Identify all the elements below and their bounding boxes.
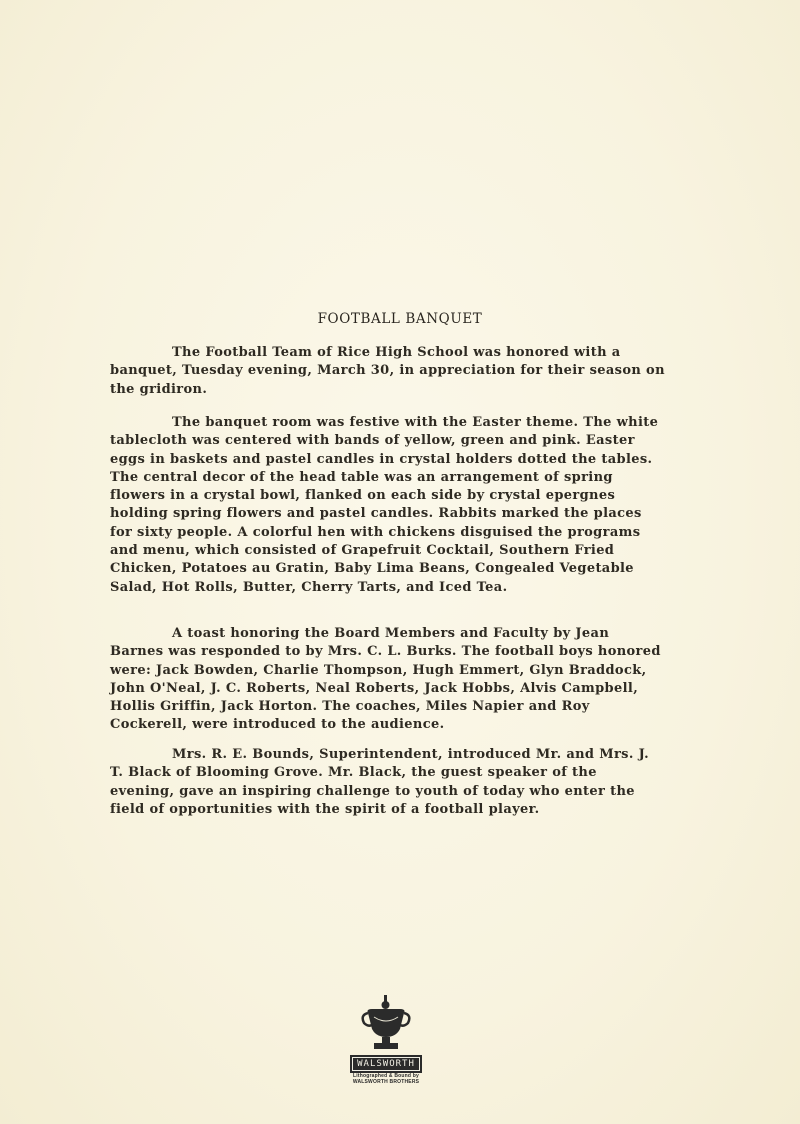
paragraph-text: A toast honoring the Board Members and F… <box>110 625 666 735</box>
document-page: FOOTBALL BANQUET The Football Team of Ri… <box>0 0 800 1124</box>
paragraph-speaker: Mrs. R. E. Bounds, Superintendent, intro… <box>110 746 666 819</box>
trophy-icon <box>360 995 412 1055</box>
paragraph-text: The banquet room was festive with the Ea… <box>110 414 666 597</box>
logo-caption: WALSWORTH BROTHERS <box>336 1079 436 1085</box>
publisher-logo: WALSWORTH Lithographed & Bound by WALSWO… <box>336 995 436 1095</box>
paragraph-honorees: A toast honoring the Board Members and F… <box>110 625 666 735</box>
paragraph-text: The Football Team of Rice High School wa… <box>110 344 666 399</box>
logo-badge: WALSWORTH <box>350 1055 422 1073</box>
paragraph-intro: The Football Team of Rice High School wa… <box>110 344 666 399</box>
paragraph-decor: The banquet room was festive with the Ea… <box>110 414 666 597</box>
page-title: FOOTBALL BANQUET <box>0 311 800 327</box>
paragraph-text: Mrs. R. E. Bounds, Superintendent, intro… <box>110 746 666 819</box>
